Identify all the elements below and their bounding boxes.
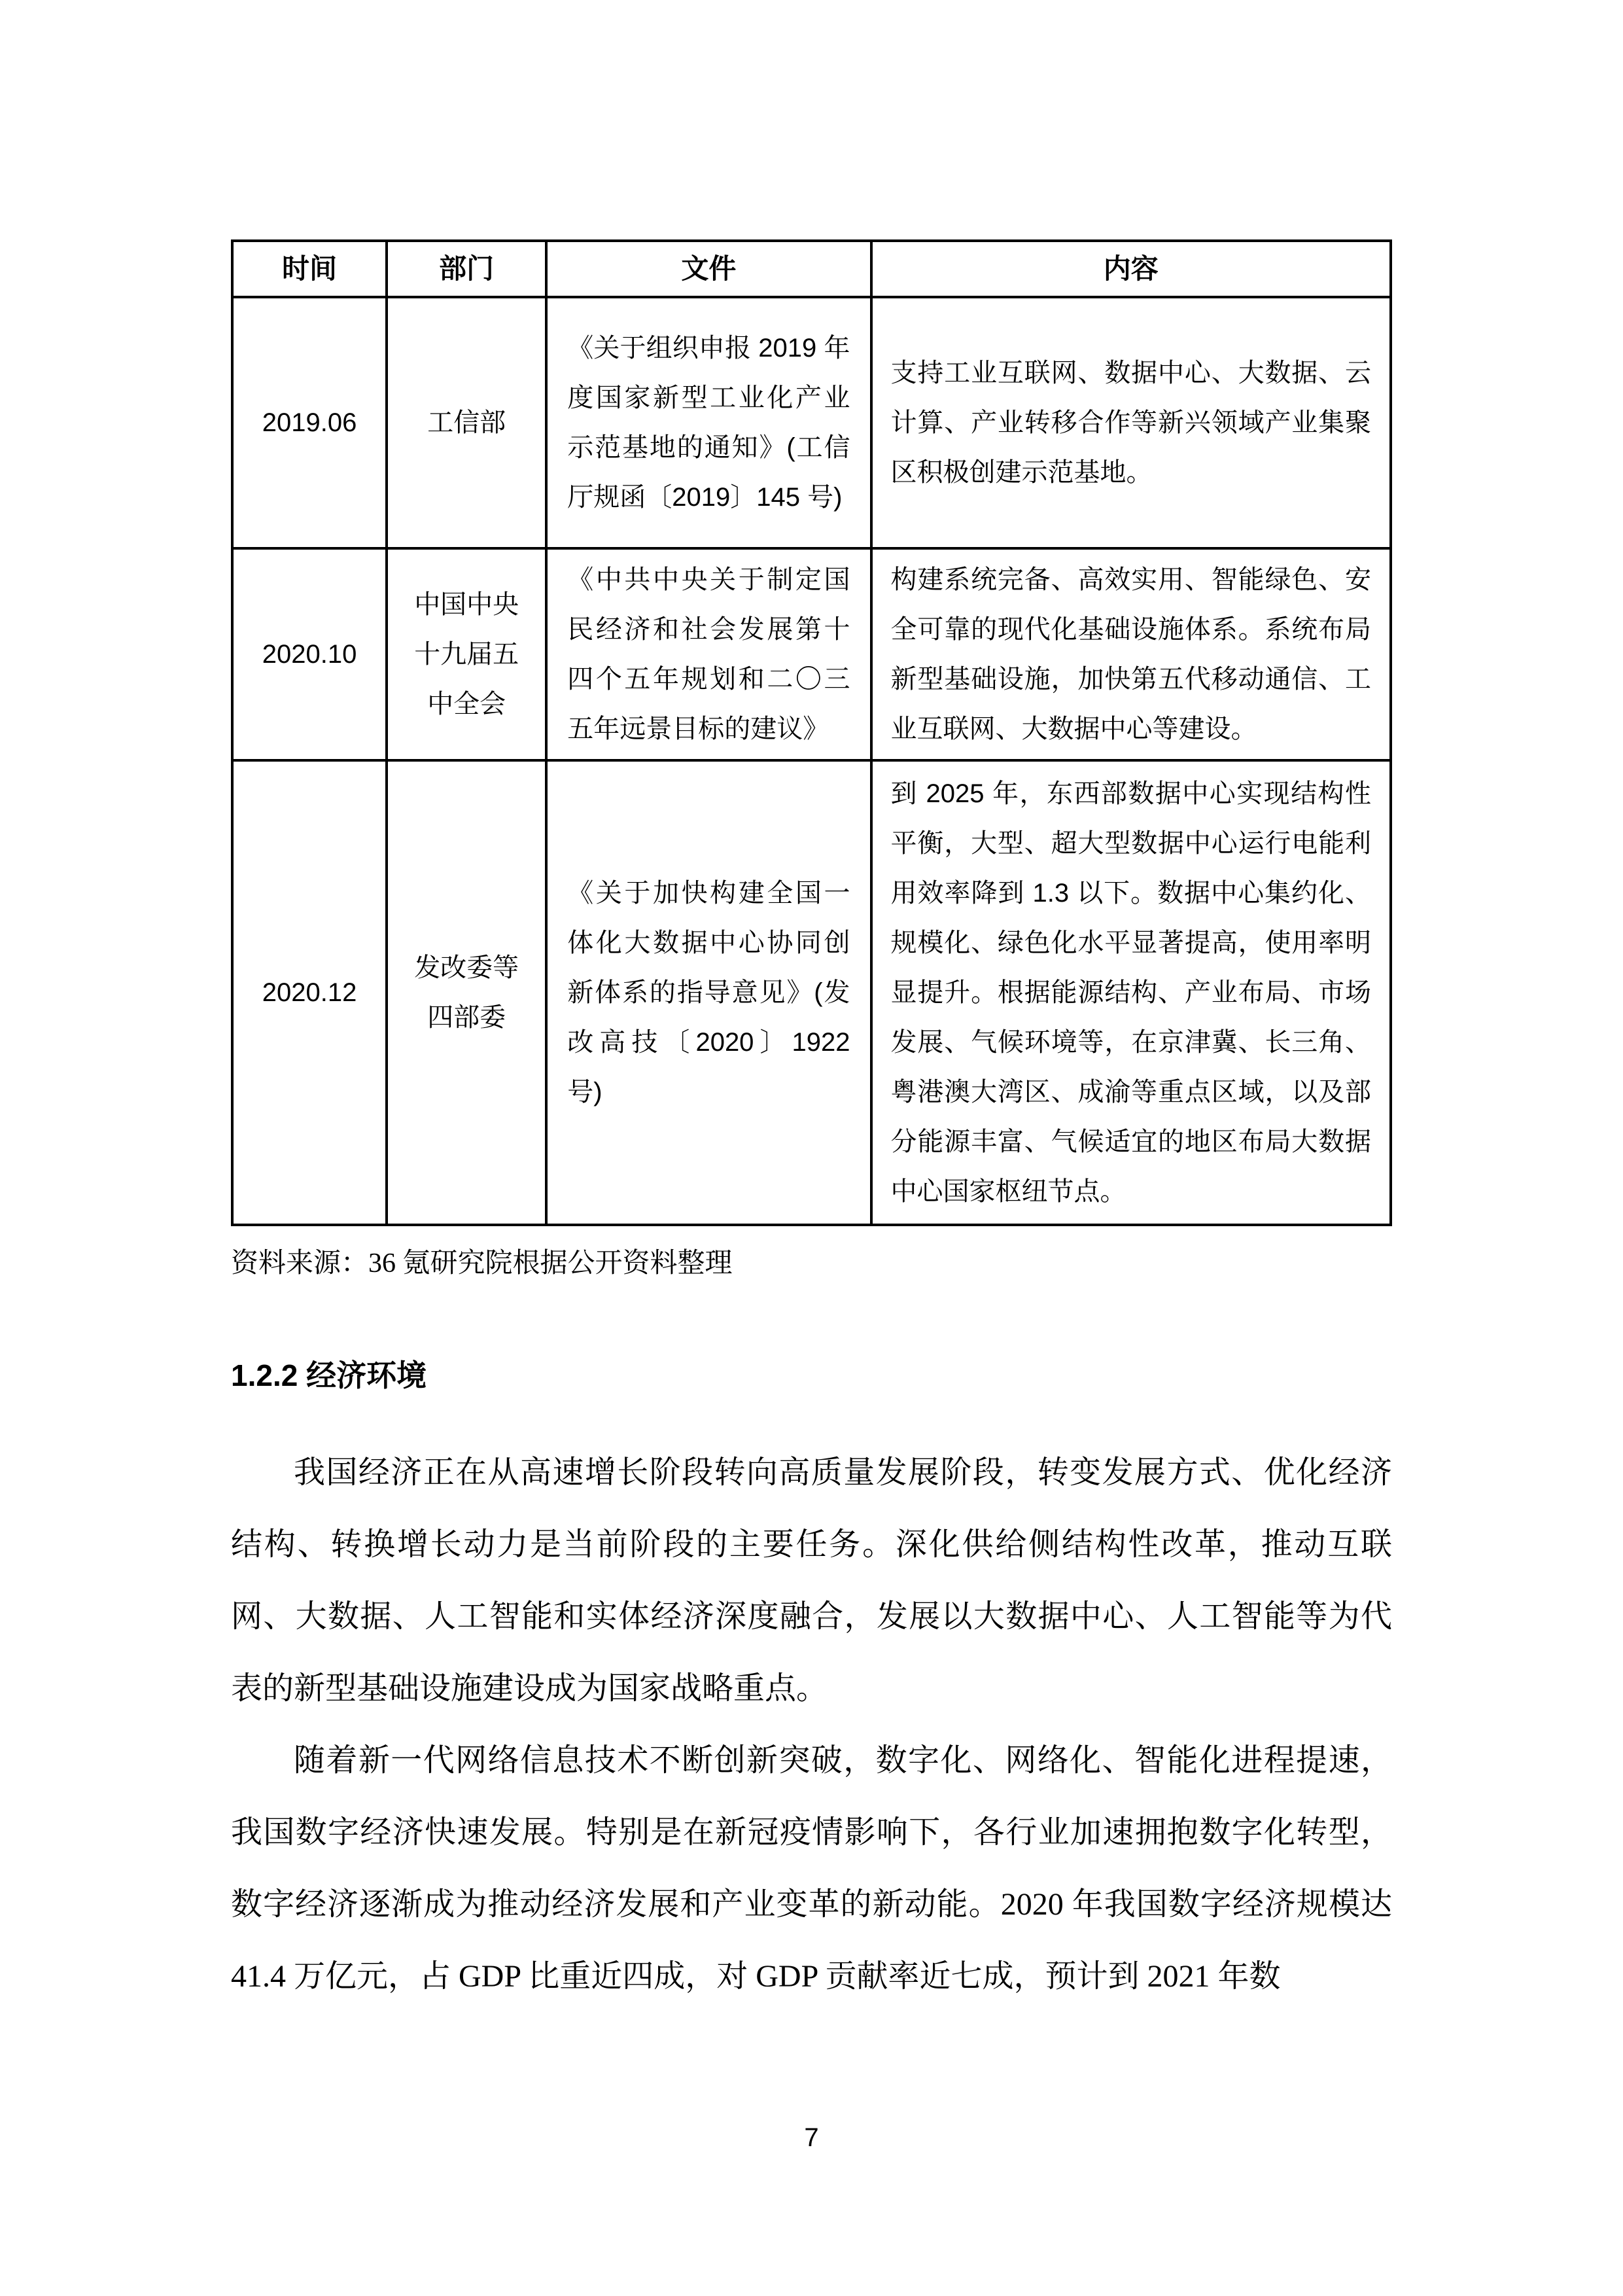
cell-doc: 《关于组织申报 2019 年度国家新型工业化产业示范基地的通知》(工信厅规函〔2… — [546, 297, 871, 548]
column-header-time: 时间 — [232, 241, 387, 297]
cell-dept: 工信部 — [387, 297, 546, 548]
cell-time: 2019.06 — [232, 297, 387, 548]
body-text: 我国经济正在从高速增长阶段转向高质量发展阶段，转变发展方式、优化经济结构、转换增… — [231, 1437, 1392, 2013]
table-row: 2020.12 发改委等四部委 《关于加快构建全国一体化大数据中心协同创新体系的… — [232, 760, 1391, 1225]
source-note: 资料来源：36 氪研究院根据公开资料整理 — [231, 1245, 1392, 1282]
column-header-content: 内容 — [871, 241, 1391, 297]
cell-time: 2020.10 — [232, 548, 387, 760]
body-paragraph: 随着新一代网络信息技术不断创新突破，数字化、网络化、智能化进程提速，我国数字经济… — [231, 1725, 1392, 2013]
cell-dept: 发改委等四部委 — [387, 760, 546, 1225]
body-paragraph: 我国经济正在从高速增长阶段转向高质量发展阶段，转变发展方式、优化经济结构、转换增… — [231, 1437, 1392, 1725]
cell-doc: 《中共中央关于制定国民经济和社会发展第十四个五年规划和二〇三五年远景目标的建议》 — [546, 548, 871, 760]
cell-content: 到 2025 年，东西部数据中心实现结构性平衡，大型、超大型数据中心运行电能利用… — [871, 760, 1391, 1225]
cell-time: 2020.12 — [232, 760, 387, 1225]
page-number: 7 — [0, 2120, 1623, 2155]
cell-content: 构建系统完备、高效实用、智能绿色、安全可靠的现代化基础设施体系。系统布局新型基础… — [871, 548, 1391, 760]
policy-table: 时间 部门 文件 内容 2019.06 工信部 《关于组织申报 2019 年度国… — [231, 239, 1392, 1226]
table-row: 2020.10 中国中央十九届五中全会 《中共中央关于制定国民经济和社会发展第十… — [232, 548, 1391, 760]
column-header-doc: 文件 — [546, 241, 871, 297]
cell-content: 支持工业互联网、数据中心、大数据、云计算、产业转移合作等新兴领域产业集聚区积极创… — [871, 297, 1391, 548]
table-header-row: 时间 部门 文件 内容 — [232, 241, 1391, 297]
section-heading: 1.2.2 经济环境 — [231, 1356, 1392, 1395]
table-row: 2019.06 工信部 《关于组织申报 2019 年度国家新型工业化产业示范基地… — [232, 297, 1391, 548]
document-page: 时间 部门 文件 内容 2019.06 工信部 《关于组织申报 2019 年度国… — [0, 0, 1623, 2296]
column-header-dept: 部门 — [387, 241, 546, 297]
cell-doc: 《关于加快构建全国一体化大数据中心协同创新体系的指导意见》(发改高技〔2020〕… — [546, 760, 871, 1225]
page-content: 时间 部门 文件 内容 2019.06 工信部 《关于组织申报 2019 年度国… — [231, 0, 1392, 2013]
cell-dept: 中国中央十九届五中全会 — [387, 548, 546, 760]
